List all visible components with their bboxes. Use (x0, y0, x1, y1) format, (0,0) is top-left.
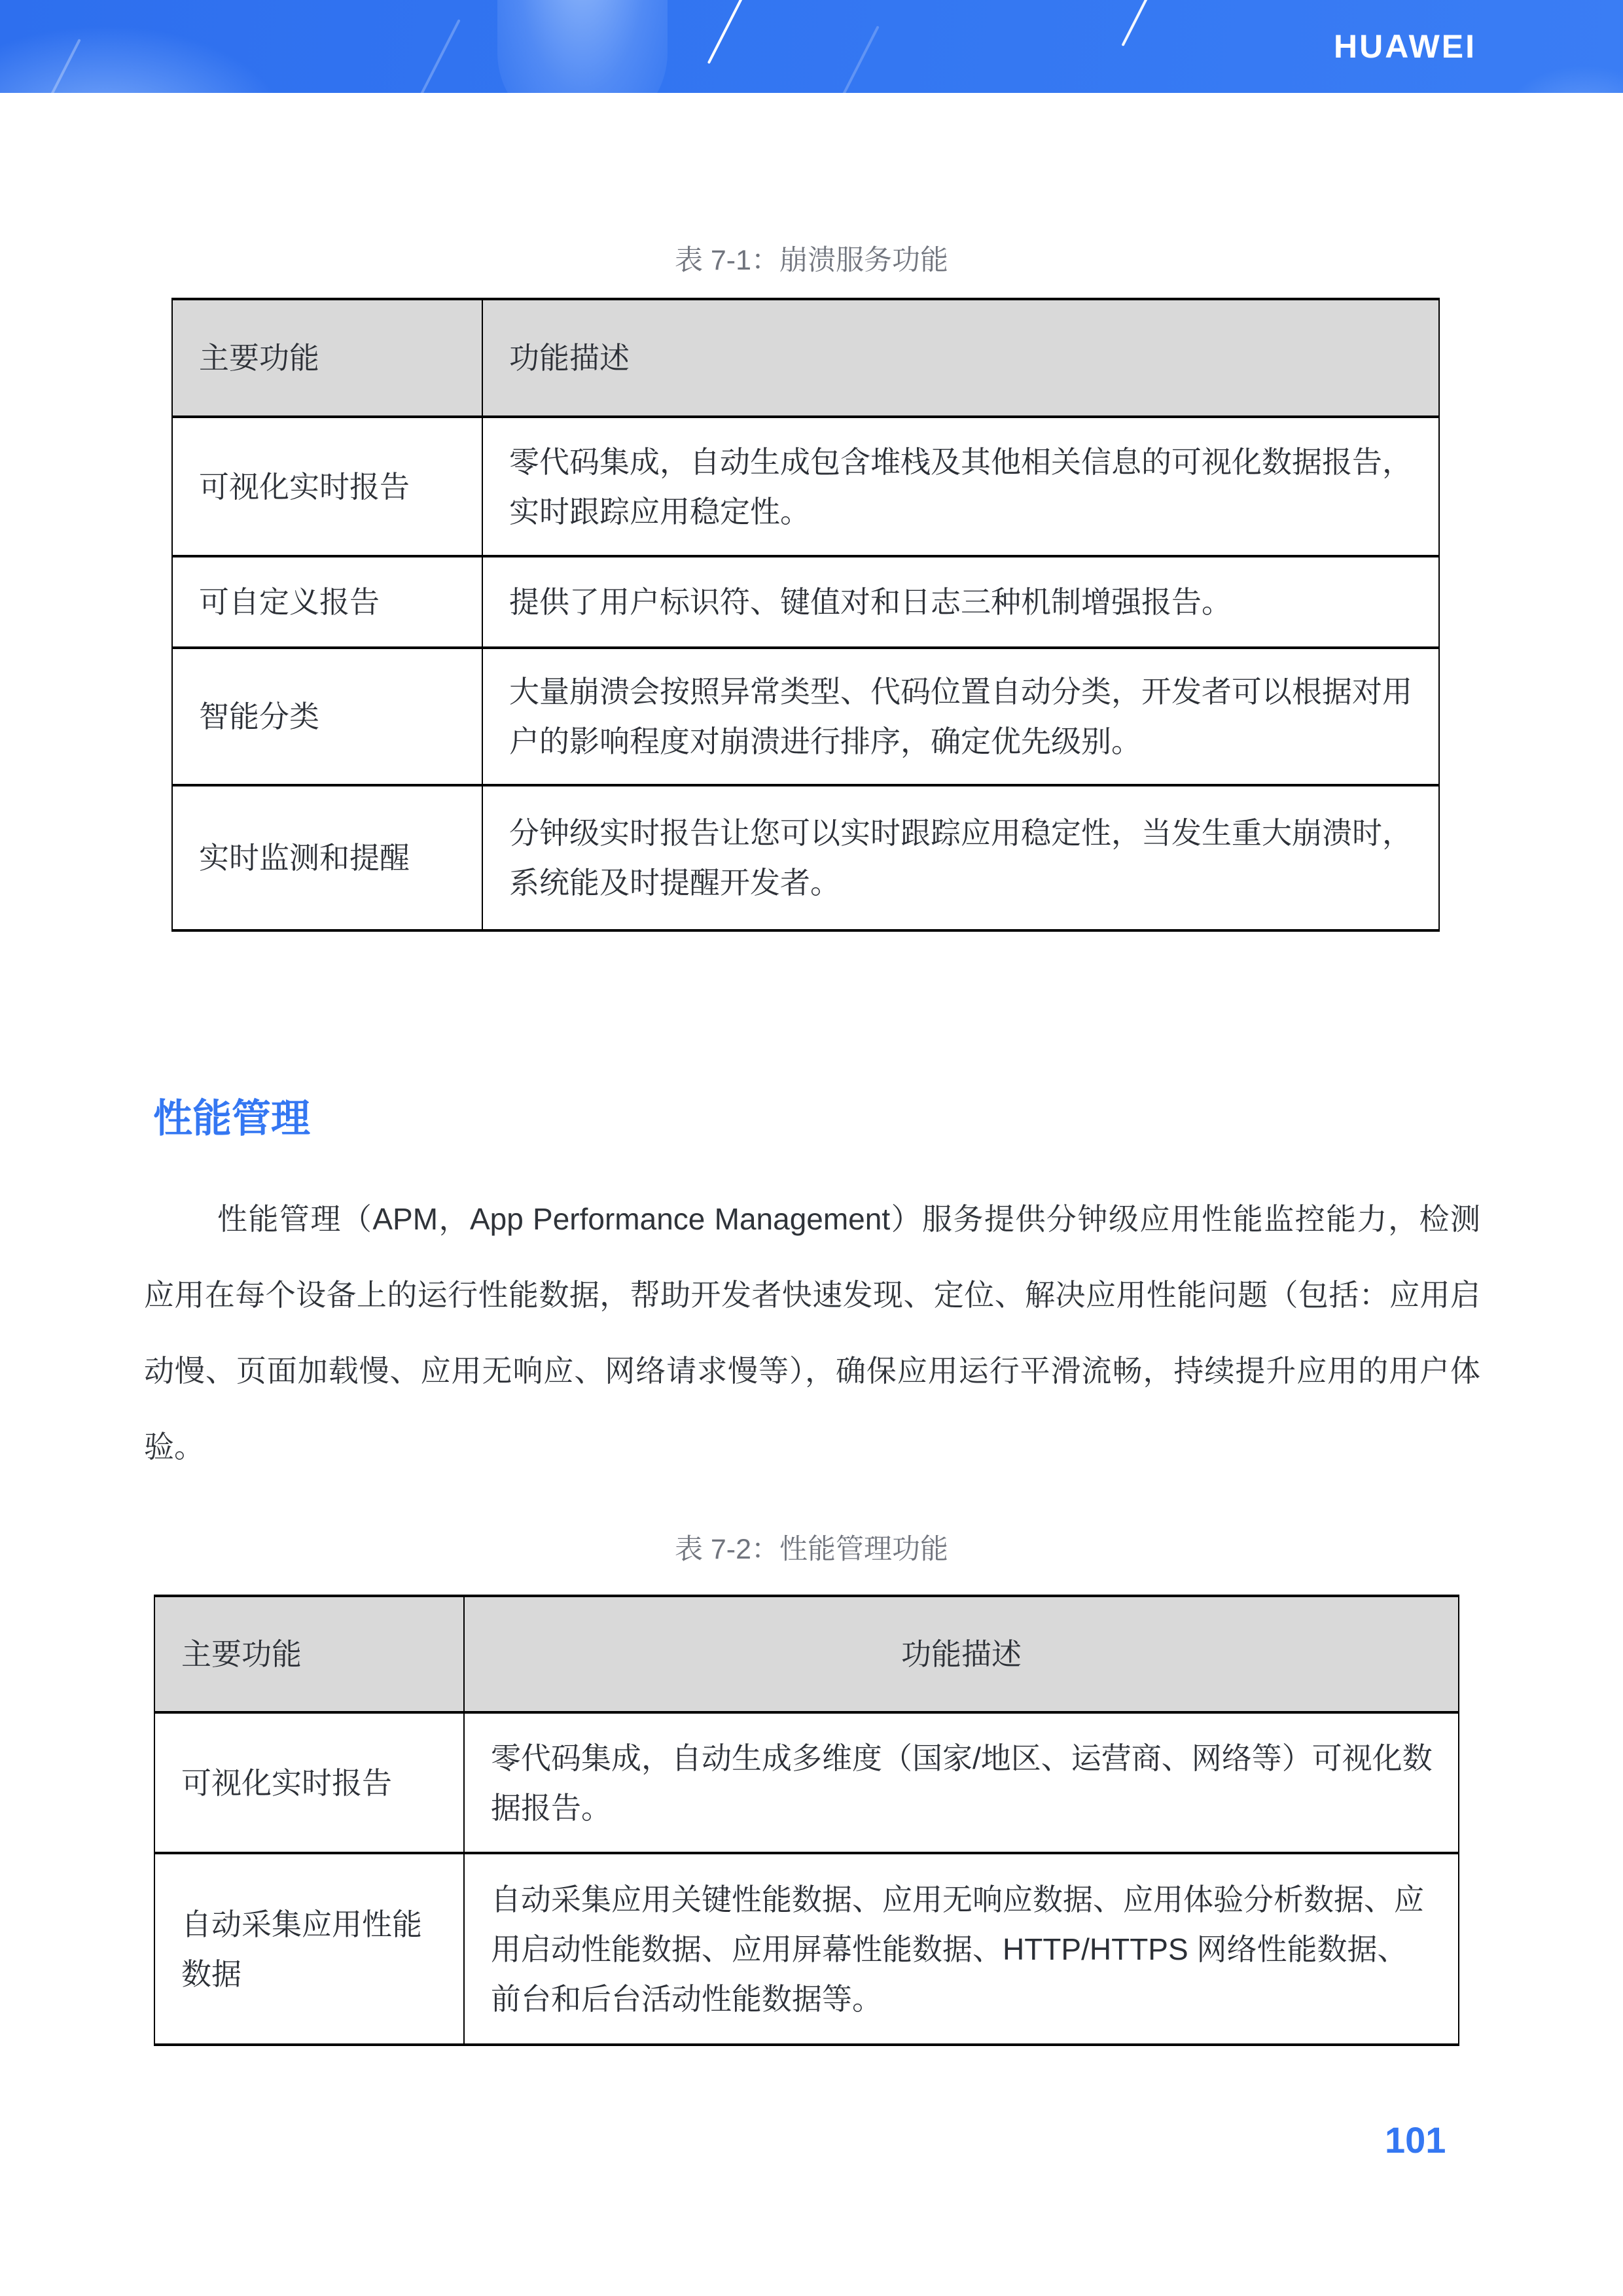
feature-cell: 实时监测和提醒 (172, 785, 482, 930)
description-cell: 零代码集成，自动生成包含堆栈及其他相关信息的可视化数据报告，实时跟踪应用稳定性。 (482, 417, 1439, 556)
description-cell: 自动采集应用关键性能数据、应用无响应数据、应用体验分析数据、应用启动性能数据、应… (464, 1853, 1459, 2045)
table2-caption: 表 7-2：性能管理功能 (0, 1527, 1623, 1567)
banner-circle-decoration (1499, 65, 1623, 93)
crash-service-features-table: 主要功能 功能描述 可视化实时报告 零代码集成，自动生成包含堆栈及其他相关信息的… (171, 298, 1440, 932)
performance-management-features-table: 主要功能 功能描述 可视化实时报告 零代码集成，自动生成多维度（国家/地区、运营… (154, 1595, 1459, 2046)
column-header-feature: 主要功能 (172, 299, 482, 417)
huawei-logo: HUAWEI (1334, 27, 1476, 65)
table1-caption: 表 7-1：崩溃服务功能 (0, 238, 1623, 278)
description-cell: 分钟级实时报告让您可以实时跟踪应用稳定性，当发生重大崩溃时，系统能及时提醒开发者… (482, 785, 1439, 930)
section-paragraph: 性能管理（APM，App Performance Management）服务提供… (144, 1181, 1480, 1485)
banner-glow-decoration (497, 0, 668, 93)
column-header-feature: 主要功能 (154, 1596, 464, 1712)
feature-cell: 智能分类 (172, 648, 482, 785)
feature-cell: 可视化实时报告 (154, 1712, 464, 1853)
description-cell: 大量崩溃会按照异常类型、代码位置自动分类，开发者可以根据对用户的影响程度对崩溃进… (482, 648, 1439, 785)
page-header-banner: HUAWEI (0, 0, 1623, 93)
feature-cell: 可视化实时报告 (172, 417, 482, 556)
table-row: 实时监测和提醒 分钟级实时报告让您可以实时跟踪应用稳定性，当发生重大崩溃时，系统… (172, 785, 1439, 930)
table-row: 可视化实时报告 零代码集成，自动生成多维度（国家/地区、运营商、网络等）可视化数… (154, 1712, 1459, 1853)
table-header-row: 主要功能 功能描述 (172, 299, 1439, 417)
banner-diagonal-line (419, 19, 461, 93)
description-cell: 提供了用户标识符、键值对和日志三种机制增强报告。 (482, 556, 1439, 648)
table-row: 智能分类 大量崩溃会按照异常类型、代码位置自动分类，开发者可以根据对用户的影响程… (172, 648, 1439, 785)
feature-cell: 可自定义报告 (172, 556, 482, 648)
banner-arc-decoration (0, 26, 288, 93)
page-number: 101 (1385, 2119, 1446, 2161)
feature-cell: 自动采集应用性能数据 (154, 1853, 464, 2045)
banner-diagonal-line (707, 0, 745, 64)
column-header-description: 功能描述 (482, 299, 1439, 417)
section-title: 性能管理 (153, 1087, 310, 1144)
table-row: 可视化实时报告 零代码集成，自动生成包含堆栈及其他相关信息的可视化数据报告，实时… (172, 417, 1439, 556)
table-header-row: 主要功能 功能描述 (154, 1596, 1459, 1712)
table-row: 自动采集应用性能数据 自动采集应用关键性能数据、应用无响应数据、应用体验分析数据… (154, 1853, 1459, 2045)
banner-diagonal-line (842, 26, 880, 93)
table-row: 可自定义报告 提供了用户标识符、键值对和日志三种机制增强报告。 (172, 556, 1439, 648)
banner-diagonal-line (1121, 0, 1150, 46)
description-cell: 零代码集成，自动生成多维度（国家/地区、运营商、网络等）可视化数据报告。 (464, 1712, 1459, 1853)
column-header-description: 功能描述 (464, 1596, 1459, 1712)
